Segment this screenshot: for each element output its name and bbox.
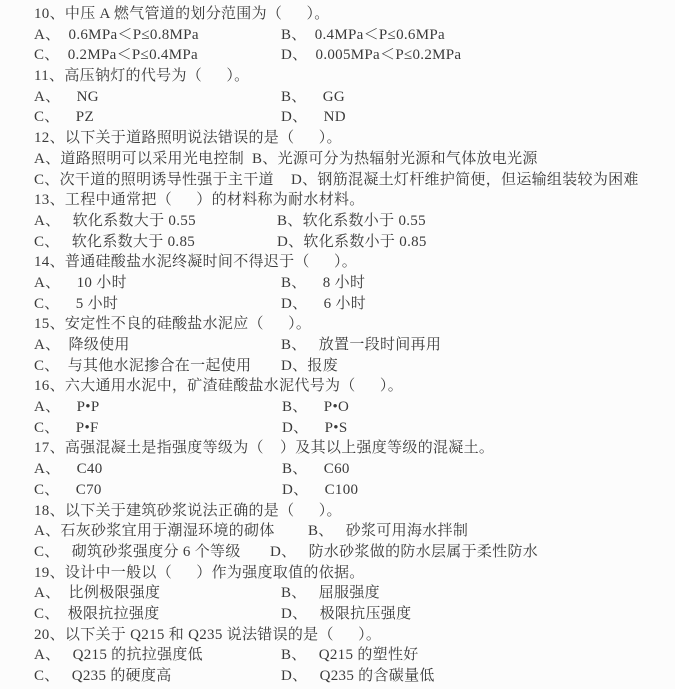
option-text: B、光源可分为热辐射光源和气体放电光源 xyxy=(252,149,538,170)
question-stem-line: 13、工程中通常把（ ）的材料称为耐水材料。 xyxy=(0,190,675,211)
question-stem-line: 16、六大通用水泥中，矿渣硅酸盐水泥代号为（ ）。 xyxy=(0,376,675,397)
options-line: A、 Q215 的抗拉强度低B、 Q215 的塑性好 xyxy=(0,645,675,666)
option-text: D、 防水砂浆做的防水层属于柔性防水 xyxy=(270,542,538,563)
options-line: A、 降级使用B、 放置一段时间再用 xyxy=(0,335,675,356)
option-text: C、 Q235 的硬度高 xyxy=(34,666,172,687)
question-stem-line: 20、以下关于 Q215 和 Q235 说法错误的是（ ）。 xyxy=(0,625,675,646)
question-stem-line: 10、中压 A 燃气管道的划分范围为（ ）。 xyxy=(0,4,675,25)
options-line: C、 PZD、 ND xyxy=(0,107,675,128)
option-text: C、 砌筑砂浆强度分 6 个等级 xyxy=(34,542,241,563)
options-line: A、 C40B、 C60 xyxy=(0,459,675,480)
options-line: C、 Q235 的硬度高D、 Q235 的含碳量低 xyxy=(0,666,675,687)
question-stem: 15、安定性不良的硅酸盐水泥应（ ）。 xyxy=(34,314,311,335)
option-text: C、 P•F xyxy=(34,418,99,439)
option-text: A、 C40 xyxy=(34,459,103,480)
options-line: C、 极限抗拉强度D、 极限抗压强度 xyxy=(0,604,675,625)
option-text: B、 P•O xyxy=(282,397,349,418)
question-stem: 20、以下关于 Q215 和 Q235 说法错误的是（ ）。 xyxy=(34,625,381,646)
option-text: B、 GG xyxy=(281,87,345,108)
option-text: C、 PZ xyxy=(34,107,94,128)
question-stem-line: 11、高压钠灯的代号为（ ）。 xyxy=(0,66,675,87)
question-stem: 19、设计中一般以（ ）作为强度取值的依据。 xyxy=(34,563,365,584)
question-stem: 14、普通硅酸盐水泥终凝时间不得迟于（ ）。 xyxy=(34,252,357,273)
question-stem: 16、六大通用水泥中，矿渣硅酸盐水泥代号为（ ）。 xyxy=(34,376,403,397)
question-stem: 18、以下关于建筑砂浆说法正确的是（ ）。 xyxy=(34,501,342,522)
document-page: 10、中压 A 燃气管道的划分范围为（ ）。A、 0.6MPa＜P≤0.8MPa… xyxy=(0,0,675,689)
option-text: D、 P•S xyxy=(282,418,347,439)
option-text: B、 砂浆可用海水拌制 xyxy=(308,521,468,542)
option-text: B、 放置一段时间再用 xyxy=(281,335,441,356)
option-text: C、 与其他水泥掺合在一起使用 xyxy=(34,356,251,377)
option-text: A、 10 小时 xyxy=(34,273,127,294)
option-text: B、软化系数小于 0.55 xyxy=(277,211,426,232)
option-text: C、 软化系数大于 0.85 xyxy=(34,232,195,253)
options-line: A、 NGB、 GG xyxy=(0,87,675,108)
options-line: A、石灰砂浆宜用于潮湿环境的砌体B、 砂浆可用海水拌制 xyxy=(0,521,675,542)
question-stem-line: 15、安定性不良的硅酸盐水泥应（ ）。 xyxy=(0,314,675,335)
option-text: A、 NG xyxy=(34,87,99,108)
option-text: A、 软化系数大于 0.55 xyxy=(34,211,196,232)
options-line: A、道路照明可以采用光电控制B、光源可分为热辐射光源和气体放电光源 xyxy=(0,149,675,170)
options-line: C、 0.2MPa＜P≤0.4MPaD、 0.005MPa＜P≤0.2MPa xyxy=(0,45,675,66)
question-stem-line: 12、以下关于道路照明说法错误的是（ ）。 xyxy=(0,128,675,149)
options-line: C、次干道的照明诱导性强于主干道D、钢筋混凝土灯杆维护简便，但运输组装较为困难 xyxy=(0,170,675,191)
options-line: C、 与其他水泥掺合在一起使用D、报废 xyxy=(0,356,675,377)
option-text: D、 6 小时 xyxy=(281,294,366,315)
question-stem-line: 14、普通硅酸盐水泥终凝时间不得迟于（ ）。 xyxy=(0,252,675,273)
option-text: D、软化系数小于 0.85 xyxy=(277,232,427,253)
option-text: D、 Q235 的含碳量低 xyxy=(281,666,435,687)
option-text: A、 0.6MPa＜P≤0.8MPa xyxy=(34,25,199,46)
option-text: B、 8 小时 xyxy=(281,273,365,294)
options-line: C、 5 小时D、 6 小时 xyxy=(0,294,675,315)
option-text: A、 降级使用 xyxy=(34,335,130,356)
option-text: B、 屈服强度 xyxy=(281,583,380,604)
option-text: D、报废 xyxy=(281,356,338,377)
option-text: D、钢筋混凝土灯杆维护简便，但运输组装较为困难 xyxy=(291,170,639,191)
option-text: A、 P•P xyxy=(34,397,99,418)
question-stem: 11、高压钠灯的代号为（ ）。 xyxy=(34,66,249,87)
question-stem: 10、中压 A 燃气管道的划分范围为（ ）。 xyxy=(34,4,330,25)
options-line: A、 P•PB、 P•O xyxy=(0,397,675,418)
question-stem: 12、以下关于道路照明说法错误的是（ ）。 xyxy=(34,128,342,149)
options-line: C、 软化系数大于 0.85D、软化系数小于 0.85 xyxy=(0,232,675,253)
question-stem-line: 17、高强混凝土是指强度等级为（ ）及其以上强度等级的混凝土。 xyxy=(0,438,675,459)
exam-question-list: 10、中压 A 燃气管道的划分范围为（ ）。A、 0.6MPa＜P≤0.8MPa… xyxy=(0,4,675,687)
option-text: B、 C60 xyxy=(282,459,350,480)
question-stem: 13、工程中通常把（ ）的材料称为耐水材料。 xyxy=(34,190,365,211)
options-line: A、 软化系数大于 0.55B、软化系数小于 0.55 xyxy=(0,211,675,232)
option-text: D、 0.005MPa＜P≤0.2MPa xyxy=(281,45,461,66)
option-text: C、 0.2MPa＜P≤0.4MPa xyxy=(34,45,198,66)
question-stem-line: 19、设计中一般以（ ）作为强度取值的依据。 xyxy=(0,563,675,584)
options-line: C、 C70D、 C100 xyxy=(0,480,675,501)
option-text: D、 C100 xyxy=(282,480,358,501)
options-line: A、 10 小时B、 8 小时 xyxy=(0,273,675,294)
option-text: A、 比例极限强度 xyxy=(34,583,160,604)
option-text: C、 极限抗拉强度 xyxy=(34,604,160,625)
option-text: A、石灰砂浆宜用于潮湿环境的砌体 xyxy=(34,521,275,542)
option-text: A、道路照明可以采用光电控制 xyxy=(34,149,244,170)
question-stem: 17、高强混凝土是指强度等级为（ ）及其以上强度等级的混凝土。 xyxy=(34,438,494,459)
option-text: D、 ND xyxy=(281,107,346,128)
options-line: C、 砌筑砂浆强度分 6 个等级D、 防水砂浆做的防水层属于柔性防水 xyxy=(0,542,675,563)
option-text: B、 Q215 的塑性好 xyxy=(281,645,419,666)
options-line: C、 P•FD、 P•S xyxy=(0,418,675,439)
option-text: B、 0.4MPa＜P≤0.6MPa xyxy=(281,25,445,46)
option-text: C、 C70 xyxy=(34,480,102,501)
option-text: C、次干道的照明诱导性强于主干道 xyxy=(34,170,274,191)
options-line: A、 比例极限强度B、 屈服强度 xyxy=(0,583,675,604)
question-stem-line: 18、以下关于建筑砂浆说法正确的是（ ）。 xyxy=(0,501,675,522)
option-text: A、 Q215 的抗拉强度低 xyxy=(34,645,203,666)
option-text: D、 极限抗压强度 xyxy=(281,604,411,625)
options-line: A、 0.6MPa＜P≤0.8MPaB、 0.4MPa＜P≤0.6MPa xyxy=(0,25,675,46)
option-text: C、 5 小时 xyxy=(34,294,118,315)
